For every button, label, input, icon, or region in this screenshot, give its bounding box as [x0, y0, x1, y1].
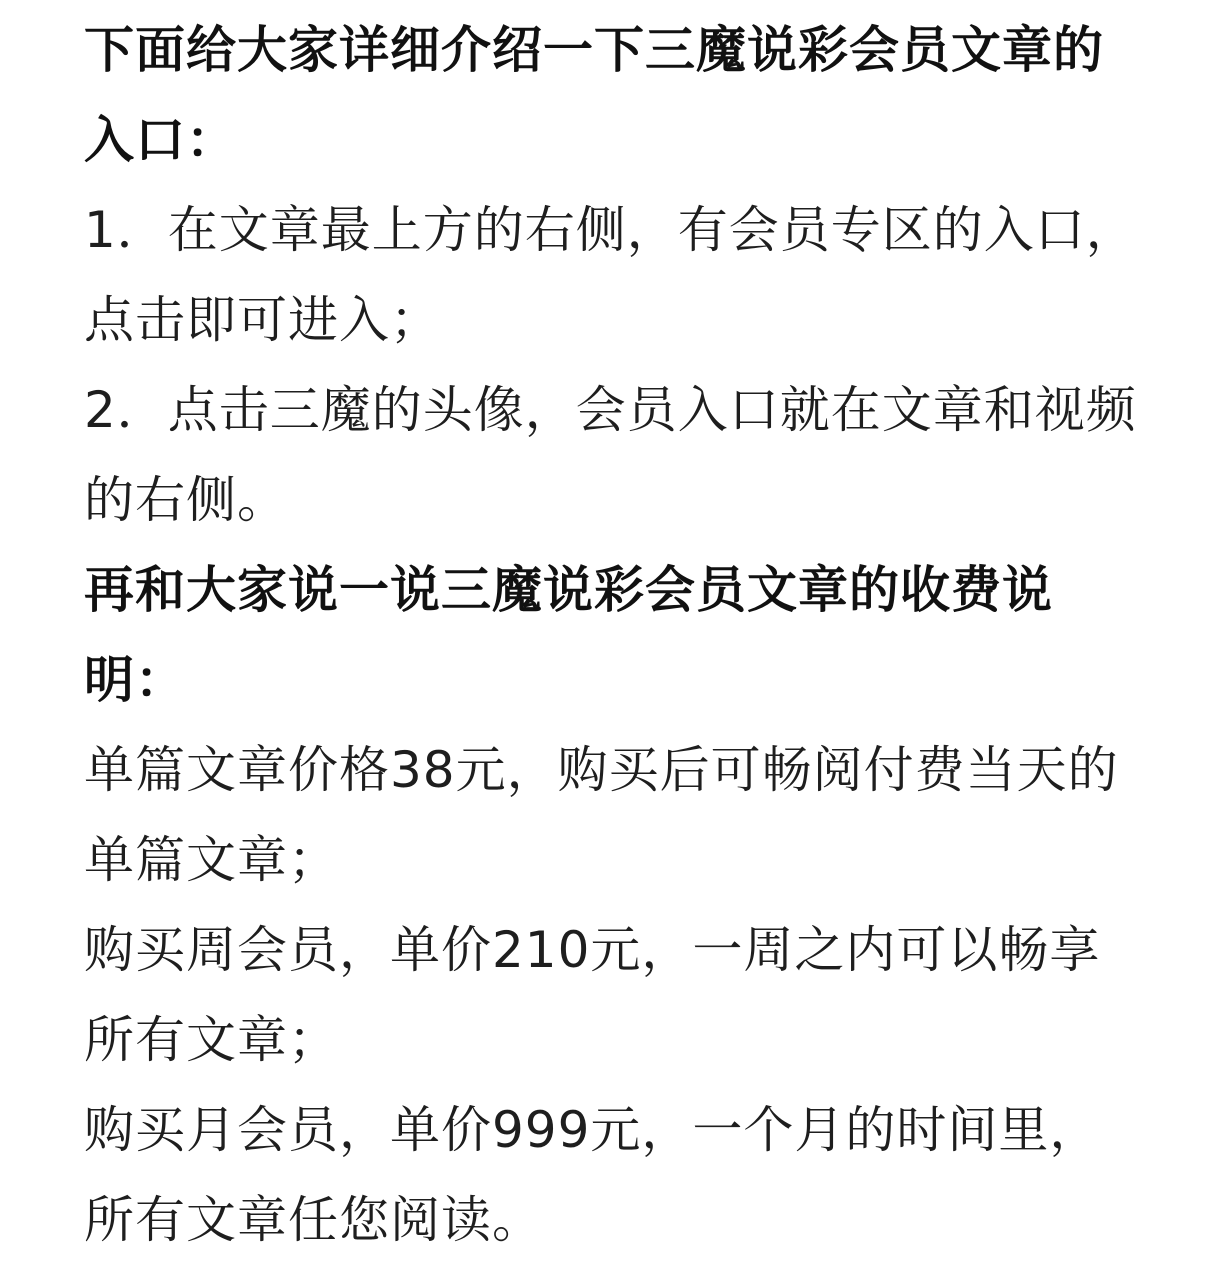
section-heading-entry: 下面给大家详细介绍一下三魔说彩会员文章的入口：	[84, 5, 1144, 185]
pricing-monthly-member: 购买月会员，单价999元，一个月的时间里，所有文章任您阅读。	[84, 1085, 1144, 1265]
pricing-single-article: 单篇文章价格38元，购买后可畅阅付费当天的单篇文章；	[84, 725, 1144, 905]
section-heading-pricing: 再和大家说一说三魔说彩会员文章的收费说明：	[84, 545, 1144, 725]
entry-step-2: 2．点击三魔的头像，会员入口就在文章和视频的右侧。	[84, 365, 1144, 545]
pricing-weekly-member: 购买周会员，单价210元，一周之内可以畅享所有文章；	[84, 905, 1144, 1085]
article-body: 下面给大家详细介绍一下三魔说彩会员文章的入口： 1．在文章最上方的右侧，有会员专…	[84, 5, 1144, 1265]
entry-step-1: 1．在文章最上方的右侧，有会员专区的入口，点击即可进入；	[84, 185, 1144, 365]
